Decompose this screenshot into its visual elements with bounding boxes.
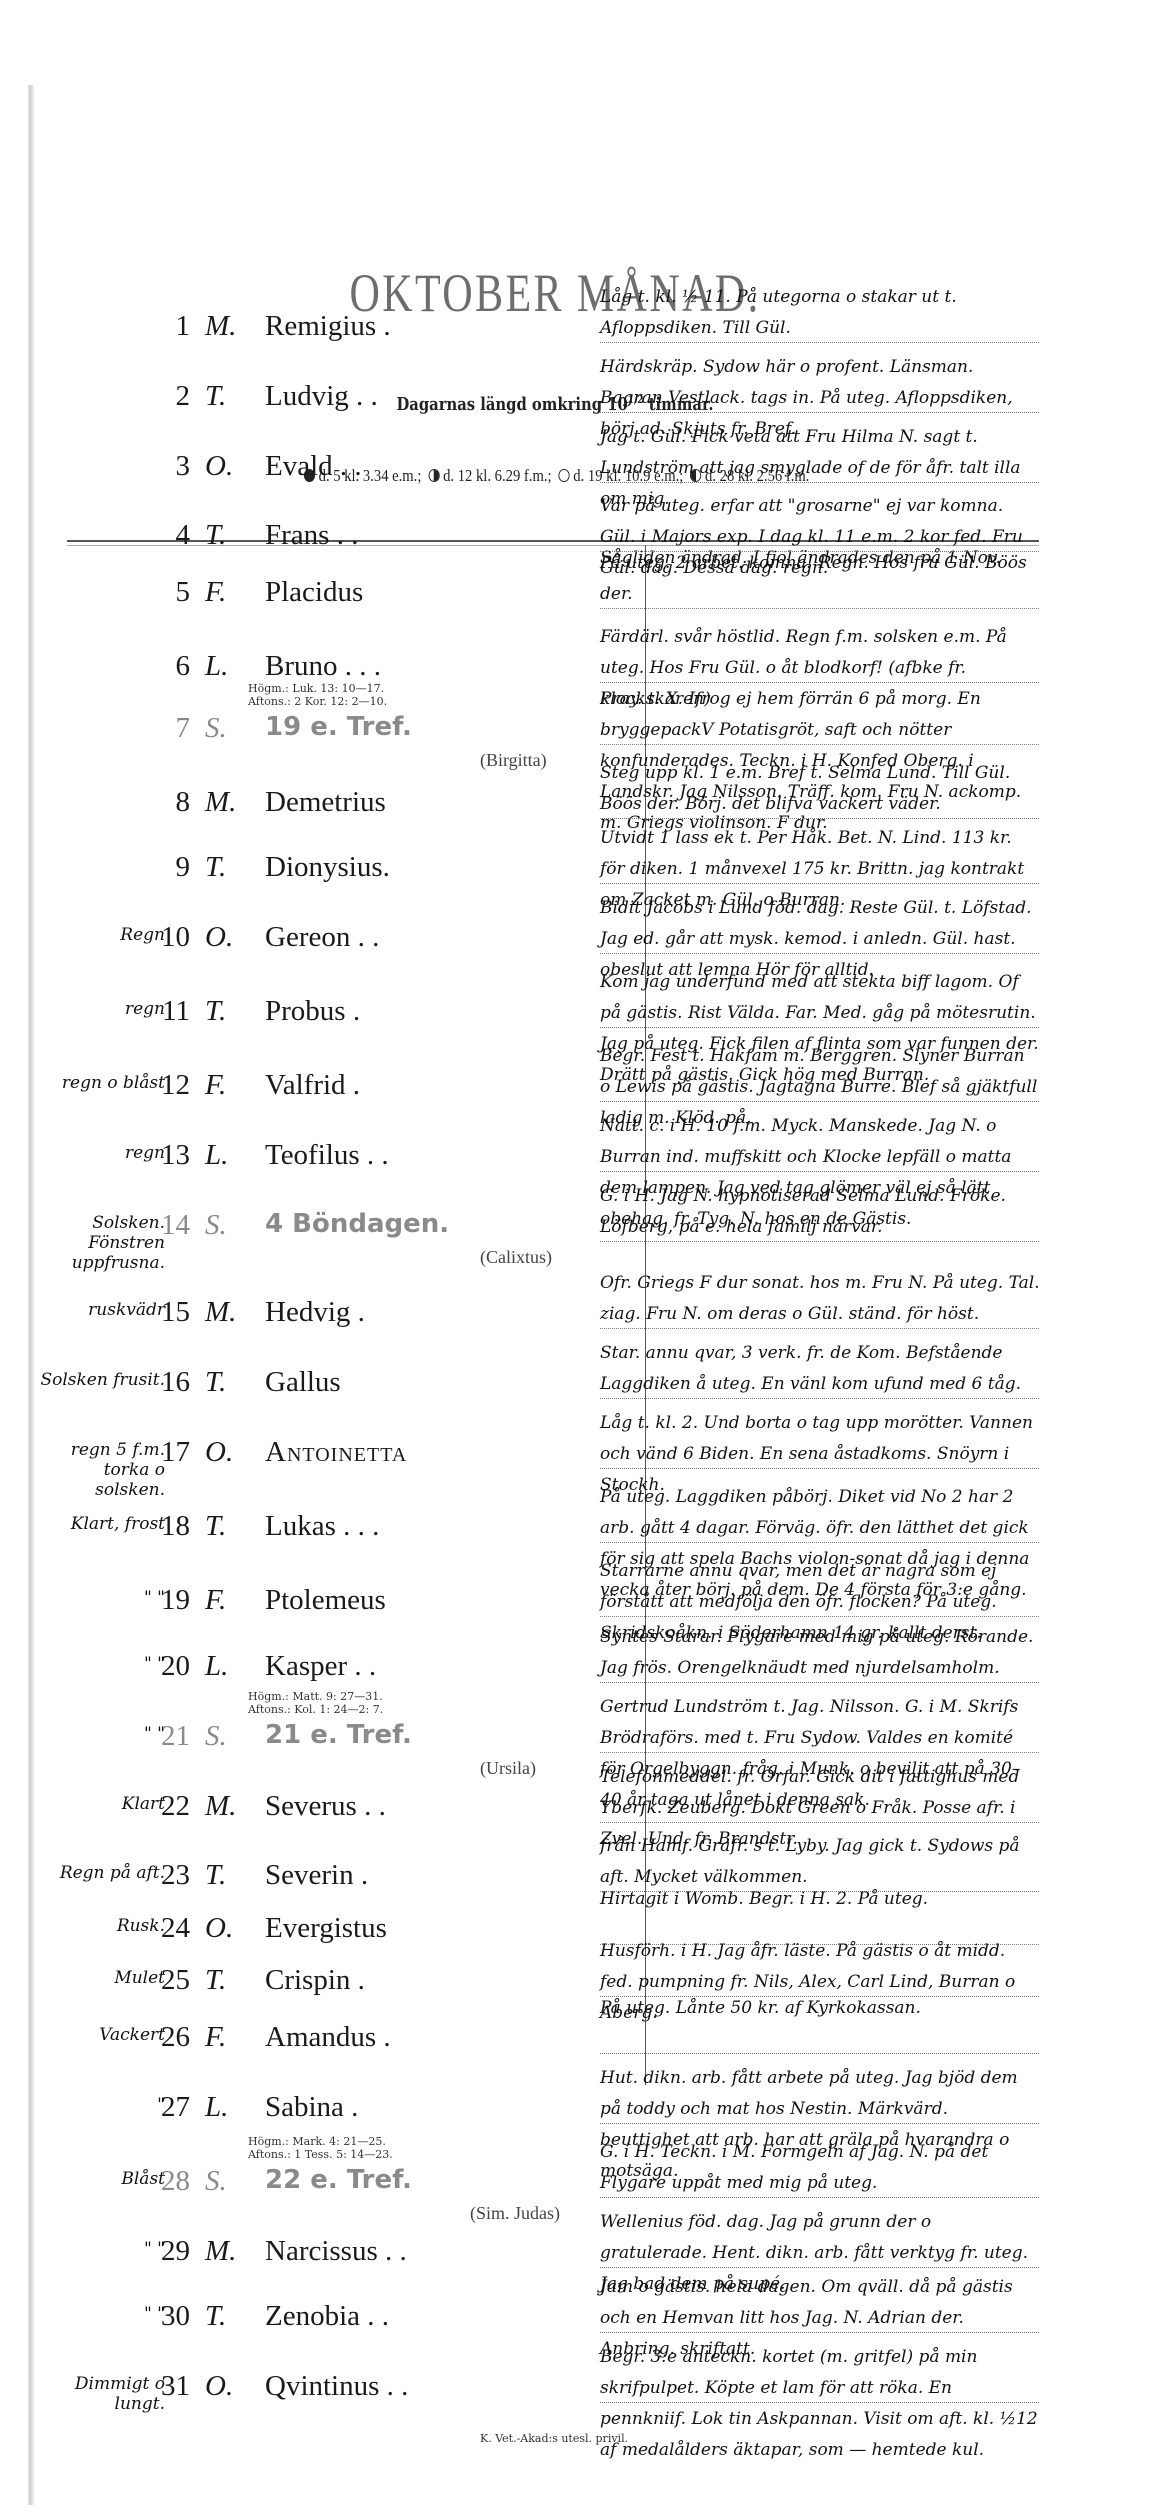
day-number: 27	[128, 2091, 190, 2124]
weekday-letter: T.	[205, 1366, 255, 1399]
name-day: Gallus	[265, 1366, 341, 1399]
name-day: Gereon . .	[265, 921, 379, 954]
day-number: 13	[128, 1139, 190, 1172]
weekday-letter: F.	[205, 2021, 255, 2054]
weekday-letter: L.	[205, 1650, 255, 1683]
name-day: Amandus .	[265, 2021, 391, 2054]
saint-name: (Sim. Judas)	[470, 2203, 560, 2224]
day-row: 2T.Ludvig . .Härdskräp. Sydow här o prof…	[0, 380, 1163, 420]
day-row: Regn10O.Gereon . .Bidit Jacobs i Lund fö…	[0, 921, 1163, 961]
name-day: Zenobia . .	[265, 2300, 389, 2333]
name-day: Evald . .	[265, 450, 362, 483]
page-edge	[28, 85, 34, 2505]
handwritten-entry: Begr. 3:e anteckn. kortet (m. gritfel) p…	[600, 2342, 1040, 2466]
weekday-letter: T.	[205, 995, 255, 1028]
handwritten-entry: Star. annu qvar, 3 verk. fr. de Kom. Bef…	[600, 1338, 1040, 1400]
weekday-letter: F.	[205, 1069, 255, 1102]
day-number: 11	[128, 995, 190, 1028]
evening-reading: Aftons.: 2 Kor. 12: 2—10.	[248, 695, 387, 708]
day-row: 5F.PlacidusPå uteg. 2 arbet. komna! Regn…	[0, 576, 1163, 616]
day-number: 31	[128, 2370, 190, 2403]
saint-name: (Ursila)	[480, 1758, 536, 1779]
day-number: 26	[128, 2021, 190, 2054]
day-row: regn11T.Probus .Kom jag underfund med at…	[0, 995, 1163, 1035]
day-number: 3	[128, 450, 190, 483]
name-day: Bruno . . .	[265, 650, 381, 683]
day-number: 22	[128, 1790, 190, 1823]
handwritten-entry: På uteg. 2 arbet. komna! Regn. Hos fru G…	[600, 548, 1040, 610]
day-number: 1	[128, 310, 190, 343]
weekday-letter: T.	[205, 519, 255, 552]
weekday-letter: S.	[205, 1209, 255, 1242]
saint-name: (Calixtus)	[480, 1247, 552, 1268]
day-row: " "29M.Narcissus . .Wellenius föd. dag. …	[0, 2235, 1163, 2275]
name-day: Severus . .	[265, 1790, 386, 1823]
day-number: 30	[128, 2300, 190, 2333]
name-day: Severin .	[265, 1859, 368, 1892]
weekday-letter: M.	[205, 310, 255, 343]
handwritten-entry: Låg t. kl. ½ 11. På utegorna o stakar ut…	[600, 282, 1040, 344]
weekday-letter: O.	[205, 1912, 255, 1945]
weekday-letter: S.	[205, 2165, 255, 2198]
saint-name: (Birgitta)	[480, 750, 547, 771]
day-row: "27L.Sabina .Hut. dikn. arb. fått arbete…	[0, 2091, 1163, 2131]
day-row: 1M.Remigius .Låg t. kl. ½ 11. På utegorn…	[0, 310, 1163, 350]
day-number: 28	[128, 2165, 190, 2198]
high-mass-reading: Högm.: Mark. 4: 21—25.	[248, 2135, 393, 2148]
name-day: 4 Böndagen.	[265, 1209, 449, 1239]
handwritten-entry: Ofr. Griegs F dur sonat. hos m. Fru N. P…	[600, 1268, 1040, 1330]
name-day: 19 e. Tref.	[265, 712, 412, 742]
day-row: ruskvädr15M.Hedvig .Ofr. Griegs F dur so…	[0, 1296, 1163, 1336]
weekday-letter: M.	[205, 1296, 255, 1329]
day-number: 2	[128, 380, 190, 413]
day-row: " "30T.Zenobia . .Jam o gästis. hela dag…	[0, 2300, 1163, 2340]
name-day: 21 e. Tref.	[265, 1720, 412, 1750]
name-day: 22 e. Tref.	[265, 2165, 412, 2195]
weekday-letter: L.	[205, 650, 255, 683]
weekday-letter: T.	[205, 1964, 255, 1997]
day-number: 23	[128, 1859, 190, 1892]
name-day: Dionysius.	[265, 851, 390, 884]
name-day: Kasper . .	[265, 1650, 376, 1683]
high-mass-reading: Högm.: Luk. 13: 10—17.	[248, 682, 387, 695]
day-row: regn 5 f.m. torka o solsken.17O.Antoinet…	[0, 1436, 1163, 1476]
weekday-letter: T.	[205, 1510, 255, 1543]
scripture-readings: Högm.: Mark. 4: 21—25.Aftons.: 1 Tess. 5…	[248, 2135, 393, 2161]
name-day: Antoinetta	[265, 1436, 407, 1469]
day-number: 25	[128, 1964, 190, 1997]
day-row: 8M.DemetriusSteg upp kl. 1 e.m. Bref t. …	[0, 786, 1163, 826]
name-day: Ptolemeus	[265, 1584, 386, 1617]
day-number: 8	[128, 786, 190, 819]
day-number: 21	[128, 1720, 190, 1753]
evening-reading: Aftons.: Kol. 1: 24—2: 7.	[248, 1703, 383, 1716]
name-day: Evergistus	[265, 1912, 387, 1945]
weekday-letter: M.	[205, 2235, 255, 2268]
day-number: 16	[128, 1366, 190, 1399]
day-row: 9T.Dionysius.Utvidt 1 lass ek t. Per Håk…	[0, 851, 1163, 891]
name-day: Lukas . . .	[265, 1510, 379, 1543]
day-row: Klart22M.Severus . .Telefonmeddel. fr. Ö…	[0, 1790, 1163, 1830]
handwritten-entry: G. i H. Jag N. hypnotiserad Selma Lund. …	[600, 1181, 1040, 1243]
name-day: Narcissus . .	[265, 2235, 407, 2268]
name-day: Crispin .	[265, 1964, 365, 1997]
name-day: Probus .	[265, 995, 360, 1028]
day-number: 29	[128, 2235, 190, 2268]
weekday-letter: S.	[205, 1720, 255, 1753]
day-number: 12	[128, 1069, 190, 1102]
scripture-readings: Högm.: Matt. 9: 27—31.Aftons.: Kol. 1: 2…	[248, 1690, 383, 1716]
name-day: Qvintinus . .	[265, 2370, 408, 2403]
weekday-letter: O.	[205, 2370, 255, 2403]
name-day: Sabina .	[265, 2091, 358, 2124]
printer-footer: K. Vet.-Akad:s utesl. privil.	[480, 2432, 628, 2445]
handwritten-entry: På uteg. Lånte 50 kr. af Kyrkokassan.	[600, 1993, 1040, 2024]
weekday-letter: T.	[205, 851, 255, 884]
name-day: Remigius .	[265, 310, 391, 343]
name-day: Frans . .	[265, 519, 358, 552]
weekday-letter: F.	[205, 576, 255, 609]
name-day: Hedvig .	[265, 1296, 365, 1329]
name-day: Teofilus . .	[265, 1139, 389, 1172]
weekday-letter: O.	[205, 1436, 255, 1469]
weekday-letter: F.	[205, 1584, 255, 1617]
day-number: 7	[128, 712, 190, 745]
name-day: Demetrius	[265, 786, 386, 819]
day-number: 19	[128, 1584, 190, 1617]
evening-reading: Aftons.: 1 Tess. 5: 14—23.	[248, 2148, 393, 2161]
day-row: regn o blåst12F.Valfrid .Begr. Fest t. H…	[0, 1069, 1163, 1109]
day-row: regn13L.Teofilus . .Natt. c. i H. 10 f.m…	[0, 1139, 1163, 1179]
handwritten-entry: G. i H. Teckn. i M. Formgeln af Jag. N. …	[600, 2137, 1040, 2199]
day-row: 3O.Evald . .Jag t. Gül. Fick veta att Fr…	[0, 450, 1163, 490]
day-number: 18	[128, 1510, 190, 1543]
day-row: " "19F.PtolemeusStarrarne annu qvar, men…	[0, 1584, 1163, 1624]
day-number: 9	[128, 851, 190, 884]
day-row: Dimmigt o lungt.31O.Qvintinus . .Begr. 3…	[0, 2370, 1163, 2410]
name-day: Ludvig . .	[265, 380, 378, 413]
day-row: " "21S.21 e. Tref.Gertrud Lundström t. J…	[0, 1720, 1163, 1760]
weekday-letter: O.	[205, 921, 255, 954]
weekday-letter: M.	[205, 1790, 255, 1823]
name-day: Valfrid .	[265, 1069, 360, 1102]
handwritten-entry: Hirtagit i Womb. Begr. i H. 2. På uteg.	[600, 1884, 1040, 1915]
day-row: " "20L.Kasper . .Syntes Starar. Flygare …	[0, 1650, 1163, 1690]
day-number: 15	[128, 1296, 190, 1329]
name-day: Placidus	[265, 576, 363, 609]
day-row: Solsken. Fönstren uppfrusna.14S.4 Böndag…	[0, 1209, 1163, 1249]
day-number: 24	[128, 1912, 190, 1945]
weekday-letter: M.	[205, 786, 255, 819]
day-number: 10	[128, 921, 190, 954]
day-number: 6	[128, 650, 190, 683]
day-number: 14	[128, 1209, 190, 1242]
weekday-letter: T.	[205, 1859, 255, 1892]
day-number: 20	[128, 1650, 190, 1683]
day-row: Vackert26F.Amandus .På uteg. Lånte 50 kr…	[0, 2021, 1163, 2061]
day-row: Klart, frost18T.Lukas . . .På uteg. Lagg…	[0, 1510, 1163, 1550]
weekday-letter: O.	[205, 450, 255, 483]
handwritten-entry: Steg upp kl. 1 e.m. Bref t. Selma Lund. …	[600, 758, 1040, 820]
scripture-readings: Högm.: Luk. 13: 10—17.Aftons.: 2 Kor. 12…	[248, 682, 387, 708]
weekday-letter: T.	[205, 380, 255, 413]
day-row: Solsken frusit.16T.GallusStar. annu qvar…	[0, 1366, 1163, 1406]
day-row: Blåst28S.22 e. Tref.G. i H. Teckn. i M. …	[0, 2165, 1163, 2205]
day-number: 5	[128, 576, 190, 609]
handwritten-entry: Syntes Starar. Flygare med mig på uteg. …	[600, 1622, 1040, 1684]
day-row: 7S.19 e. Tref.Pray. t. X. Ifrog ej hem f…	[0, 712, 1163, 752]
dotted-line	[600, 2053, 1039, 2054]
weekday-letter: T.	[205, 2300, 255, 2333]
day-number: 17	[128, 1436, 190, 1469]
weekday-letter: L.	[205, 1139, 255, 1172]
weekday-letter: L.	[205, 2091, 255, 2124]
weekday-letter: S.	[205, 712, 255, 745]
day-number: 4	[128, 519, 190, 552]
high-mass-reading: Högm.: Matt. 9: 27—31.	[248, 1690, 383, 1703]
